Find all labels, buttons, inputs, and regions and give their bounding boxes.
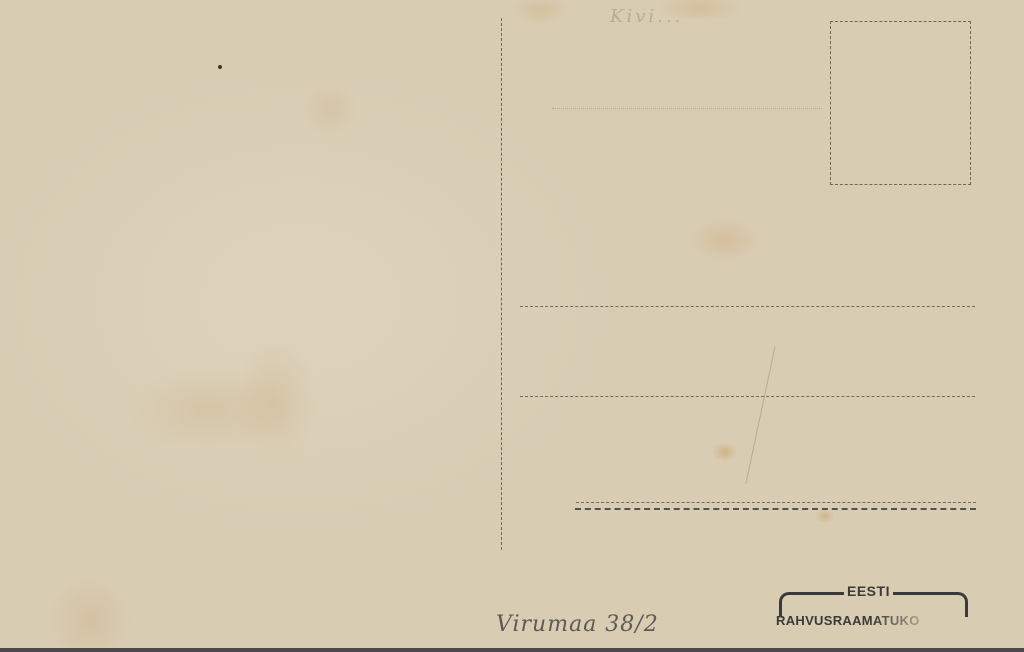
center-divider-line bbox=[501, 18, 502, 550]
faint-handwriting: Kivi... bbox=[610, 6, 683, 27]
stamp-placement-box bbox=[830, 21, 971, 185]
postcard-back: Kivi... Virumaa 38/2 EESTI RAHVUSRAAMATU… bbox=[0, 0, 1024, 648]
faint-guide-line bbox=[552, 108, 822, 109]
stamp-country-text: EESTI bbox=[844, 583, 893, 599]
address-line-1 bbox=[520, 306, 975, 307]
handwritten-archive-number: Virumaa 38/2 bbox=[496, 612, 659, 637]
address-line-3 bbox=[576, 502, 976, 503]
address-line-2 bbox=[520, 396, 975, 397]
ink-speck bbox=[218, 65, 222, 69]
paper-scratch bbox=[745, 346, 775, 483]
stamp-institution-text: RAHVUSRAAMATUKO bbox=[776, 613, 951, 628]
address-line-3-underline bbox=[575, 508, 976, 510]
library-stamp: EESTI RAHVUSRAAMATUKO bbox=[776, 582, 966, 632]
